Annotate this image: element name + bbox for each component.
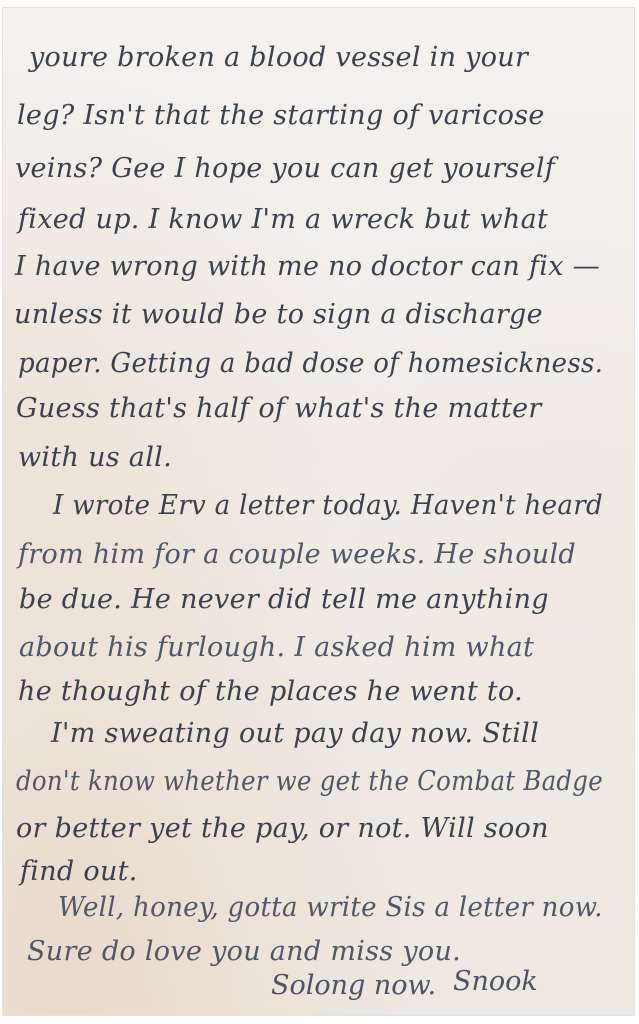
text-line: paper. Getting a bad dose of homesicknes… — [18, 350, 603, 377]
text-line: I have wrong with me no doctor can fix — — [15, 253, 600, 280]
text-line: veins? Gee I hope you can get yourself — [15, 155, 555, 182]
text-line: or better yet the pay, or not. Will soon — [16, 815, 549, 842]
text-line: Guess that's half of what's the matter — [16, 395, 542, 422]
text-line: unless it would be to sign a discharge — [14, 301, 543, 328]
text-line: leg? Isn't that the starting of varicose — [17, 102, 545, 129]
text-line: Well, honey, gotta write Sis a letter no… — [58, 894, 603, 921]
text-line: he thought of the places he went to. — [18, 678, 523, 705]
text-line: find out. — [20, 858, 138, 885]
closing-line: Solong now. — [271, 970, 436, 1001]
text-line: don't know whether we get the Combat Bad… — [16, 768, 603, 795]
text-line: fixed up. I know I'm a wreck but what — [18, 206, 548, 233]
text-line: with us all. — [18, 444, 172, 471]
signature: Snook — [453, 966, 538, 997]
text-line: about his furlough. I asked him what — [19, 634, 534, 661]
text-line: I'm sweating out pay day now. Still — [51, 720, 539, 747]
text-line: youre broken a blood vessel in your — [29, 44, 528, 71]
text-line: Sure do love you and miss you. — [27, 938, 461, 965]
text-line: be due. He never did tell me anything — [19, 586, 549, 613]
text-line: I wrote Erv a letter today. Haven't hear… — [53, 492, 603, 519]
text-line: from him for a couple weeks. He should — [18, 541, 576, 568]
letter-page: youre broken a blood vessel in your leg?… — [3, 8, 634, 1015]
